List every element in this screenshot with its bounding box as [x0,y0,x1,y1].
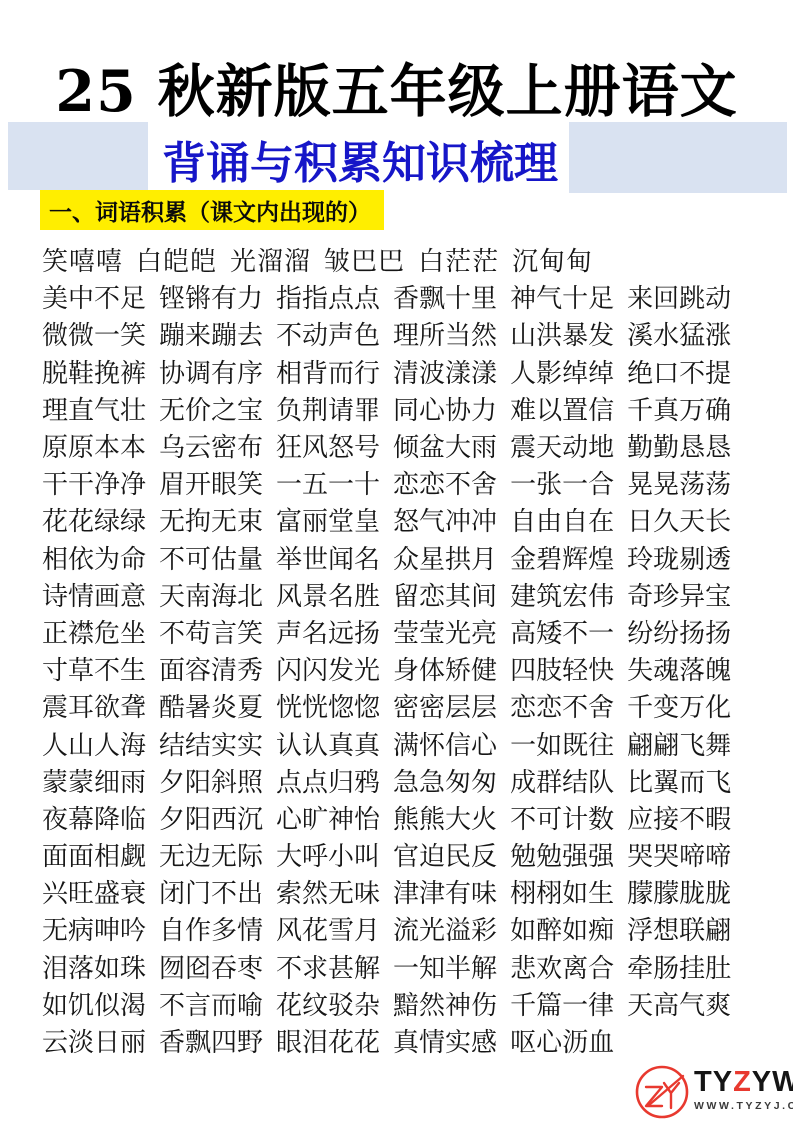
word: 天高气爽 [627,985,731,1022]
word: 一张一合 [510,464,614,501]
word: 夕阳西沉 [159,799,263,836]
word: 众星拱月 [393,539,497,576]
word: 不言而喻 [159,985,263,1022]
word: 人山人海 [42,725,146,762]
brand-accent: Z [733,1066,752,1098]
word: 理所当然 [393,315,497,352]
word: 面面相觑 [42,836,146,873]
word-row: 人山人海结结实实认认真真满怀信心一如既往翩翩飞舞 [42,724,752,761]
word: 乌云密布 [159,427,263,464]
word: 天南海北 [159,576,263,613]
word-row: 相依为命不可估量举世闻名众星拱月金碧辉煌玲珑剔透 [42,539,752,576]
word: 原原本本 [42,427,146,464]
word: 不苟言笑 [159,613,263,650]
word: 悲欢离合 [510,948,614,985]
word-row: 诗情画意天南海北风景名胜留恋其间建筑宏伟奇珍异宝 [42,576,752,613]
word-row: 花花绿绿无拘无束富丽堂皇怒气冲冲自由自在日久天长 [42,501,752,538]
word: 恍恍惚惚 [276,687,380,724]
word: 大呼小叫 [276,836,380,873]
word: 闭门不出 [159,873,263,910]
word: 风景名胜 [276,576,380,613]
word: 不可估量 [159,539,263,576]
word-row: 无病呻吟自作多情风花雪月流光溢彩如醉如痴浮想联翩 [42,910,752,947]
word-row: 脱鞋挽裤协调有序相背而行清波漾漾人影绰绰绝口不提 [42,353,752,390]
word-row: 泪落如珠囫囵吞枣不求甚解一知半解悲欢离合牵肠挂肚 [42,948,752,985]
word: 心旷神怡 [276,799,380,836]
word: 应接不暇 [627,799,731,836]
word: 点点归鸦 [276,762,380,799]
word: 泪落如珠 [42,948,146,985]
word: 不动声色 [276,315,380,352]
word: 索然无味 [276,873,380,910]
word: 哭哭啼啼 [627,836,731,873]
word: 笑嘻嘻 [42,241,123,278]
section-header: 一、词语积累（课文内出现的） [40,190,384,230]
word-row: 理直气壮无价之宝负荆请罪同心协力难以置信千真万确 [42,390,752,427]
word: 流光溢彩 [393,910,497,947]
brand-suffix: YW [752,1066,793,1098]
word: 干干净净 [42,464,146,501]
word: 勉勉强强 [510,836,614,873]
word: 眼泪花花 [276,1022,380,1059]
word: 囫囵吞枣 [159,948,263,985]
word: 富丽堂皇 [276,501,380,538]
page-subtitle: 背诵与积累知识梳理 [110,127,610,191]
word: 香飘十里 [393,278,497,315]
brand-prefix: TY [694,1066,733,1098]
word: 来回跳动 [627,278,731,315]
word-row: 寸草不生面容清秀闪闪发光身体矫健四肢轻快失魂落魄 [42,650,752,687]
word: 云淡日丽 [42,1022,146,1059]
word: 沉甸甸 [512,241,593,278]
word: 寸草不生 [42,650,146,687]
word: 真情实感 [393,1022,497,1059]
word: 一五一十 [276,464,380,501]
word-row: 夜幕降临夕阳西沉心旷神怡熊熊大火不可计数应接不暇 [42,799,752,836]
word: 正襟危坐 [42,613,146,650]
word-row: 兴旺盛衰闭门不出索然无味津津有味栩栩如生朦朦胧胧 [42,873,752,910]
word-row: 正襟危坐不苟言笑声名远扬莹莹光亮高矮不一纷纷扬扬 [42,613,752,650]
word: 一知半解 [393,948,497,985]
word: 千变万化 [627,687,731,724]
word: 黯然神伤 [393,985,497,1022]
word: 认认真真 [276,725,380,762]
word-row: 面面相觑无边无际大呼小叫官迫民反勉勉强强哭哭啼啼 [42,836,752,873]
word: 皱巴巴 [324,241,405,278]
word: 清波漾漾 [393,353,497,390]
word: 呕心沥血 [510,1022,614,1059]
word-grid: 笑嘻嘻白皑皑光溜溜皱巴巴白茫茫沉甸甸美中不足铿锵有力指指点点香飘十里神气十足来回… [42,241,752,1059]
word: 神气十足 [510,278,614,315]
word: 声名远扬 [276,613,380,650]
word: 狂风怒号 [276,427,380,464]
word: 美中不足 [42,278,146,315]
word: 面容清秀 [159,650,263,687]
word: 急急匆匆 [393,762,497,799]
word: 举世闻名 [276,539,380,576]
word: 玲珑剔透 [627,539,731,576]
word: 眉开眼笑 [159,464,263,501]
word: 翩翩飞舞 [627,725,731,762]
word: 无边无际 [159,836,263,873]
word: 花纹驳杂 [276,985,380,1022]
word: 栩栩如生 [510,873,614,910]
word: 白茫茫 [418,241,499,278]
word: 香飘四野 [159,1022,263,1059]
word: 无病呻吟 [42,910,146,947]
word: 不求甚解 [276,948,380,985]
word: 负荆请罪 [276,390,380,427]
word: 如饥似渴 [42,985,146,1022]
word: 震天动地 [510,427,614,464]
word: 相背而行 [276,353,380,390]
word: 无价之宝 [159,390,263,427]
word: 指指点点 [276,278,380,315]
word: 纷纷扬扬 [627,613,731,650]
word: 恋恋不舍 [393,464,497,501]
word: 朦朦胧胧 [627,873,731,910]
word: 白皑皑 [136,241,217,278]
brand-wordmark: TYZYW [694,1066,793,1099]
word: 溪水猛涨 [627,315,731,352]
word: 恋恋不舍 [510,687,614,724]
word: 铿锵有力 [159,278,263,315]
word: 身体矫健 [393,650,497,687]
word: 倾盆大雨 [393,427,497,464]
word-row: 云淡日丽香飘四野眼泪花花真情实感呕心沥血 [42,1022,752,1059]
word: 绝口不提 [627,353,731,390]
word: 牵肠挂肚 [627,948,731,985]
word: 浮想联翩 [627,910,731,947]
word: 闪闪发光 [276,650,380,687]
word-row: 震耳欲聋酷暑炎夏恍恍惚惚密密层层恋恋不舍千变万化 [42,687,752,724]
word: 千篇一律 [510,985,614,1022]
zy-monogram-icon [634,1064,690,1120]
word: 金碧辉煌 [510,539,614,576]
word: 失魂落魄 [627,650,731,687]
word: 不可计数 [510,799,614,836]
word: 震耳欲聋 [42,687,146,724]
word: 奇珍异宝 [627,576,731,613]
word: 脱鞋挽裤 [42,353,146,390]
word: 理直气壮 [42,390,146,427]
word: 兴旺盛衰 [42,873,146,910]
word-row: 蒙蒙细雨夕阳斜照点点归鸦急急匆匆成群结队比翼而飞 [42,762,752,799]
word: 成群结队 [510,762,614,799]
word: 协调有序 [159,353,263,390]
word-row: 美中不足铿锵有力指指点点香飘十里神气十足来回跳动 [42,278,752,315]
word: 同心协力 [393,390,497,427]
word: 莹莹光亮 [393,613,497,650]
word: 熊熊大火 [393,799,497,836]
word: 晃晃荡荡 [627,464,731,501]
word: 建筑宏伟 [510,576,614,613]
word: 比翼而飞 [627,762,731,799]
word: 自作多情 [159,910,263,947]
word: 风花雪月 [276,910,380,947]
word: 如醉如痴 [510,910,614,947]
page-title: 25 秋新版五年级上册语文 [0,46,793,128]
word: 四肢轻快 [510,650,614,687]
word: 夜幕降临 [42,799,146,836]
word-row: 笑嘻嘻白皑皑光溜溜皱巴巴白茫茫沉甸甸 [42,241,752,278]
word: 夕阳斜照 [159,762,263,799]
brand-website: WWW.TYZYJ.CN [694,1100,793,1112]
word: 酷暑炎夏 [159,687,263,724]
word: 诗情画意 [42,576,146,613]
word: 相依为命 [42,539,146,576]
word: 官迫民反 [393,836,497,873]
word: 勤勤恳恳 [627,427,731,464]
word: 一如既往 [510,725,614,762]
word-row: 干干净净眉开眼笑一五一十恋恋不舍一张一合晃晃荡荡 [42,464,752,501]
word: 津津有味 [393,873,497,910]
word: 蒙蒙细雨 [42,762,146,799]
word: 留恋其间 [393,576,497,613]
word: 人影绰绰 [510,353,614,390]
word: 密密层层 [393,687,497,724]
word: 怒气冲冲 [393,501,497,538]
word: 光溜溜 [230,241,311,278]
word: 花花绿绿 [42,501,146,538]
word-row: 原原本本乌云密布狂风怒号倾盆大雨震天动地勤勤恳恳 [42,427,752,464]
word: 蹦来蹦去 [159,315,263,352]
word: 难以置信 [510,390,614,427]
word: 高矮不一 [510,613,614,650]
word: 山洪暴发 [510,315,614,352]
word: 日久天长 [627,501,731,538]
word: 千真万确 [627,390,731,427]
word: 结结实实 [159,725,263,762]
word: 微微一笑 [42,315,146,352]
word: 满怀信心 [393,725,497,762]
word-row: 微微一笑蹦来蹦去不动声色理所当然山洪暴发溪水猛涨 [42,315,752,352]
word: 自由自在 [510,501,614,538]
brand-logo: TYZYW WWW.TYZYJ.CN [634,1062,790,1120]
word: 无拘无束 [159,501,263,538]
word-row: 如饥似渴不言而喻花纹驳杂黯然神伤千篇一律天高气爽 [42,985,752,1022]
